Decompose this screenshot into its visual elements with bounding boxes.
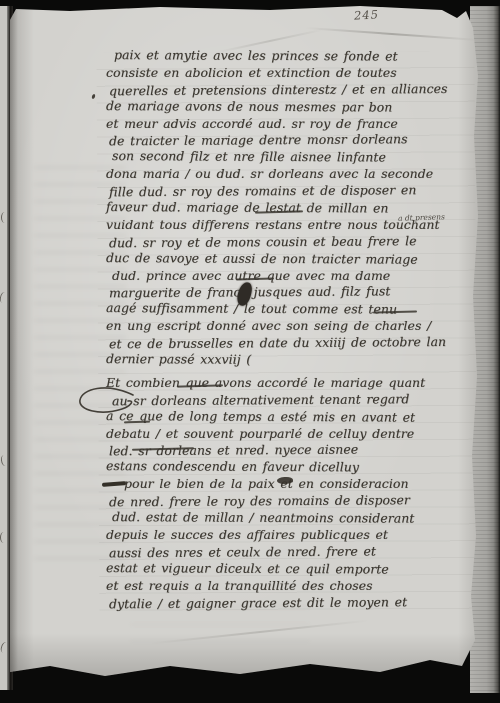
manuscript-line: debatu / et souvent pourparlé de celluy … [106,426,480,443]
interlinear-addition: a dt presens [398,212,445,223]
manuscript-line: a ce que de long temps a esté mis en ava… [106,408,480,427]
manuscript-line: de mariage avons de nous mesmes par bon [106,98,480,117]
marginal-dot-mark [91,94,96,100]
manuscript-line: consiste en abolicion et extinction de t… [106,65,480,82]
manuscript-line: aagé suffisamment / le tout comme est te… [106,300,480,319]
manuscript-line: dud. sr roy et de mons cousin et beau fr… [109,233,480,252]
manuscript-line: dona maria / ou dud. sr dorleans avec la… [106,166,480,183]
paper-crease [305,27,480,41]
edge-ink-mark [0,532,7,543]
manuscript-line: Et combien que avons accordé le mariage … [106,375,480,392]
manuscript-line: dernier passé xxxviij ( [106,351,480,370]
manuscript-line: au sr dorleans alternativement tenant re… [112,391,480,410]
marginal-paraph-flourish [76,385,136,421]
manuscript-line: pour le bien de la paix et en considerac… [106,476,480,493]
manuscript-line: et est requis a la tranquillité des chos… [106,578,480,595]
manuscript-line: en ung escript donné avec son seing de c… [106,318,480,335]
manuscript-line: estans condescendu en faveur dicelluy [106,458,480,477]
manuscript-line: depuis le succes des affaires publicques… [106,527,480,544]
manuscript-line: dytalie / et gaigner grace est dit le mo… [109,593,480,612]
manuscript-line: dud. prince avec autre que avec ma dame [112,268,480,285]
manuscript-line: paix et amytie avec les princes se fonde… [106,47,480,66]
manuscript-line: estat et vigueur diceulx et ce quil empo… [106,560,480,579]
manuscript-page: 245 paix et amytie avec les princes se f… [10,6,488,688]
manuscript-line: aussi des nres et ceulx de nred. frere e… [109,543,480,562]
manuscript-line: querelles et pretensions dinterestz / et… [109,80,480,99]
manuscript-line: dud. estat de millan / neantmoins consid… [112,509,480,528]
manuscript-line: son second filz et nre fille aisnee linf… [112,148,480,167]
manuscript-photo: 245 paix et amytie avec les princes se f… [0,0,500,703]
manuscript-text: paix et amytie avec les princes se fonde… [106,48,480,611]
manuscript-line: duc de savoye et aussi de non traicter m… [106,250,480,269]
folio-number: 245 [354,7,380,22]
manuscript-line: et meur advis accordé aud. sr roy de fra… [106,116,480,133]
